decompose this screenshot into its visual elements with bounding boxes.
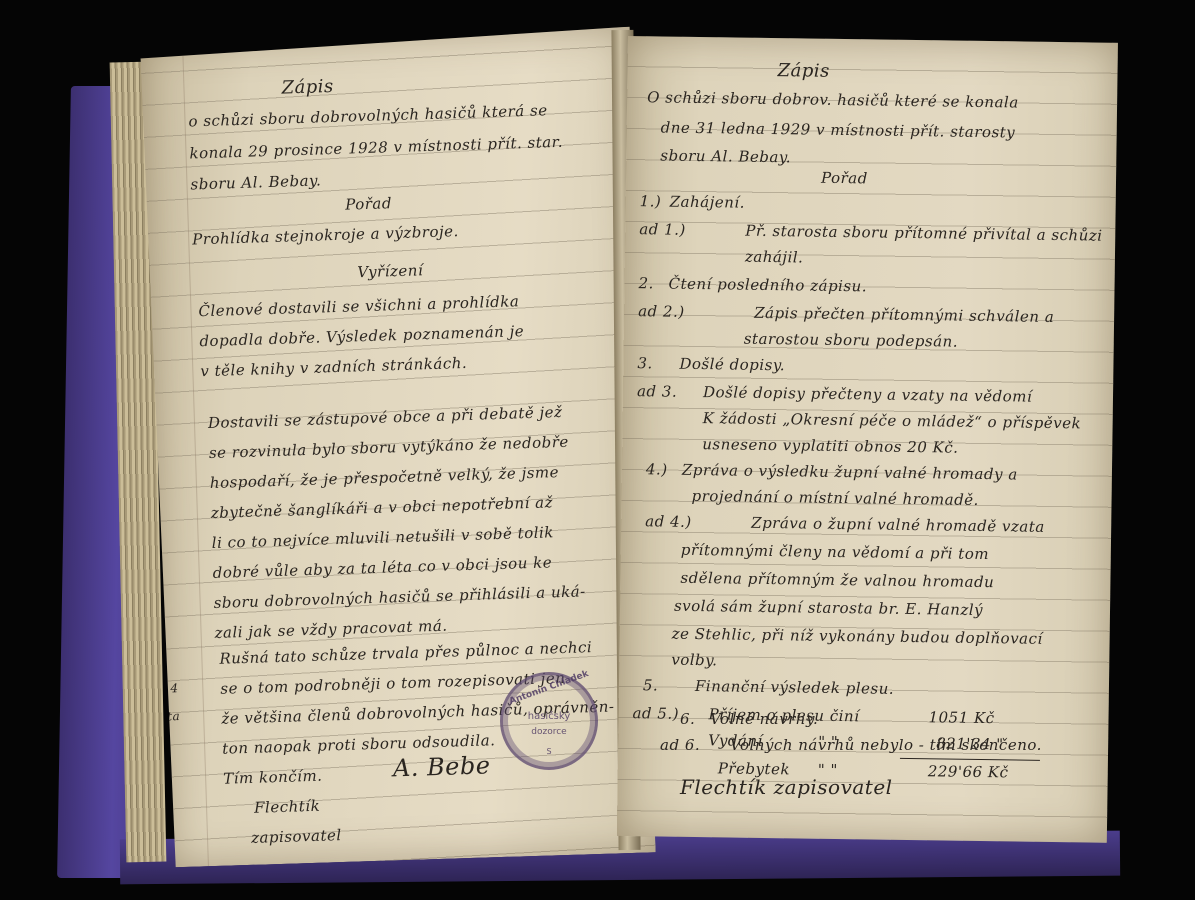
- left-body-line: sboru dobrovolných hasičů se přihlásili …: [213, 582, 586, 612]
- chair-signature: A. Bebe: [393, 751, 491, 782]
- right-page-title: Zápis: [777, 60, 830, 82]
- agenda-text: ze Stehlic, při níž vykonány budou doplň…: [672, 625, 1043, 648]
- left-body-line: zali jak se vždy pracovat má.: [214, 617, 447, 642]
- right-intro-line: sboru Al. Bebay.: [660, 146, 791, 166]
- stamp-line: hasičský: [503, 711, 595, 722]
- right-agenda-heading: Pořad: [821, 169, 868, 188]
- closing-label: ad 6.: [660, 736, 700, 754]
- left-body-line: li co to nejvíce mluvili netušili v sobě…: [211, 523, 554, 552]
- left-body-line: Rušná tato schůze trvala přes půlnoc a n…: [219, 638, 592, 668]
- agenda-text: Př. starosta sboru přítomné přivítal a s…: [745, 222, 1102, 245]
- left-body-line: Tím končím.: [223, 767, 323, 788]
- right-signature: Flechtík zapisovatel: [680, 775, 893, 799]
- agenda-text: Zápis přečten přítomnými schválen a: [754, 304, 1054, 326]
- margin-mark: ta: [167, 709, 180, 723]
- closing-text: Volné návrhy.: [710, 710, 818, 728]
- left-resolution-heading: Vyřízení: [357, 261, 423, 281]
- left-body-line: dopadla dobře. Výsledek poznamenán je: [199, 322, 524, 350]
- agenda-text: zahájil.: [745, 248, 804, 267]
- agenda-text: Zpráva o výsledku župní valné hromady a: [682, 461, 1018, 484]
- agenda-text: Finanční výsledek plesu.: [695, 677, 894, 698]
- finance-label: ad 5.): [632, 704, 679, 723]
- agenda-text: přítomnými členy na vědomí a při tom: [681, 541, 989, 563]
- left-body-line: hospodaří, že je přespočetně velký, že j…: [210, 463, 560, 492]
- agenda-label: ad 2.): [638, 302, 685, 321]
- left-agenda-item: Prohlídka stejnokroje a výzbroje.: [192, 222, 459, 248]
- agenda-text: Došlé dopisy.: [679, 355, 785, 374]
- secretary-signature: Flechtík: [254, 797, 321, 817]
- agenda-label: ad 4.): [645, 512, 692, 531]
- agenda-label: 4.): [646, 460, 668, 478]
- agenda-text: sdělena přítomným že valnou hromadu: [680, 569, 994, 591]
- left-intro-line: sboru Al. Bebay.: [190, 171, 321, 193]
- agenda-text: K žádosti „Okresní péče o mládež“ o přís…: [703, 409, 1082, 432]
- agenda-text: starostou sboru podepsán.: [744, 330, 959, 351]
- agenda-text: svolá sám župní starosta br. E. Hanzlý: [674, 597, 983, 619]
- finance-amount: 1051 Kč: [928, 708, 994, 727]
- left-body-line: Dostavili se zástupové obce a při debatě…: [208, 403, 563, 432]
- margin-mark: 4: [170, 681, 179, 695]
- agenda-text: projednání o místní valné hromadě.: [691, 487, 979, 509]
- finance-amount: 229'66 Kč: [928, 762, 1009, 781]
- left-body-line: dobré vůle aby za ta léta co v obci jsou…: [212, 553, 552, 582]
- agenda-label: 5.: [643, 676, 659, 694]
- agenda-label: 1.): [640, 192, 662, 210]
- right-intro-line: O schůzi sboru dobrov. hasičů které se k…: [647, 88, 1019, 111]
- agenda-label: 3.: [637, 354, 653, 372]
- agenda-text: usneseno vyplatiti obnos 20 Kč.: [702, 435, 958, 457]
- stamp-line: dozorce: [503, 727, 595, 737]
- agenda-text: Zahájení.: [670, 193, 745, 212]
- stamp-line: S: [503, 747, 595, 756]
- agenda-text: Čtení posledního zápisu.: [668, 275, 867, 296]
- margin-line: [182, 41, 209, 867]
- agenda-text: volby.: [671, 651, 717, 670]
- left-body-line: Členové dostavili se všichni a prohlídka: [198, 292, 519, 320]
- left-page-title: Zápis: [281, 76, 334, 99]
- closing-label: 6.: [680, 710, 695, 728]
- left-agenda-heading: Pořad: [345, 194, 392, 213]
- secretary-role: zapisovatel: [251, 826, 342, 847]
- agenda-label: ad 1.): [639, 220, 686, 239]
- closing-text: Volných návrhů nebylo - tím skončeno.: [730, 736, 1042, 754]
- left-intro-line: konala 29 prosince 1928 v místnosti přít…: [189, 133, 563, 163]
- agenda-label: ad 3.: [637, 382, 677, 401]
- left-intro-line: o schůzi sboru dobrovolných hasičů která…: [188, 101, 548, 130]
- agenda-text: Došlé dopisy přečteny a vzaty na vědomí: [703, 383, 1032, 406]
- left-body-line: se rozvinula bylo sboru vytýkáno že nedo…: [209, 433, 569, 462]
- left-body-line: zbytečně šanglíkáři a v obci nepotřební …: [211, 493, 554, 522]
- agenda-label: 2.: [638, 274, 654, 292]
- sum-rule: [900, 758, 1040, 761]
- agenda-text: Zpráva o župní valné hromadě vzata: [751, 514, 1045, 536]
- right-intro-line: dne 31 ledna 1929 v místnosti přít. star…: [661, 118, 1016, 141]
- official-stamp: Antonín Chladek hasičský dozorce S: [500, 672, 598, 770]
- left-body-line: v těle knihy v zadních stránkách.: [200, 354, 467, 380]
